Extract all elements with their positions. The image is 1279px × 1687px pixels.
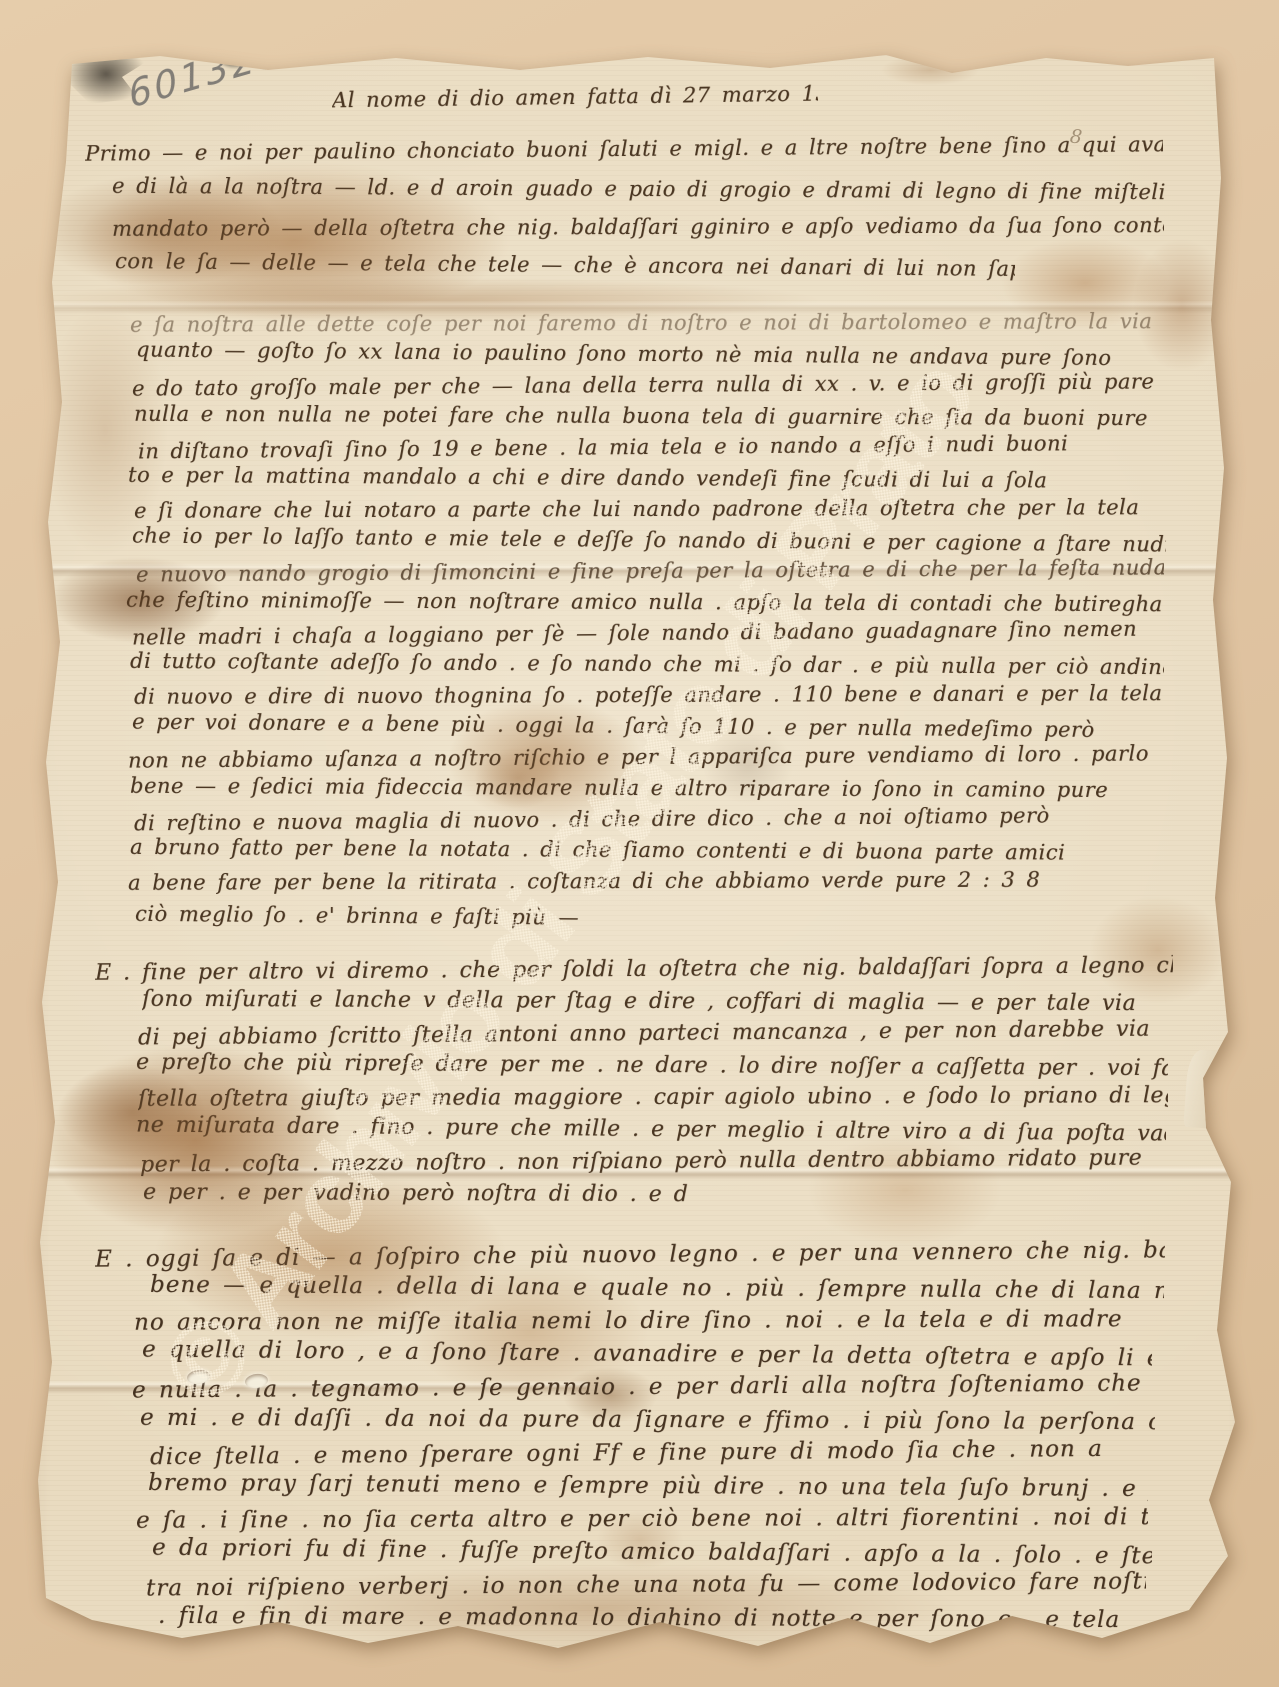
manuscript-line: con le ſa — delle — e tela che tele — ch… [115,246,1015,288]
dateline: Al nome di dio amen fatta dì 27 marzo 13… [332,79,818,120]
paper-shadow-wrap: 601328 8 Al nome di dio amen fatta dì 27… [0,0,1279,1687]
manuscript-line: ciò meglio ſo . e' brinna e faſti più — [135,899,643,937]
manuscript-line: e per . e per vadino però noſtra di dio … [143,1178,688,1214]
manuscript-page: 601328 8 Al nome di dio amen fatta dì 27… [0,0,1279,1687]
manuscript-line: mandato però — della oſtetra che nig. ba… [112,210,1164,248]
photo-backdrop: 601328 8 Al nome di dio amen fatta dì 27… [0,0,1279,1687]
archival-number: 601328 [125,30,286,116]
edge-tear [1183,1049,1222,1129]
manuscript-line: . fila e fin di mare . e madonna lo digh… [158,1601,1118,1639]
manuscript-line: Primo — e noi per paulino chonciato buon… [85,129,1163,172]
manuscript-line: a bene fare per bene la ritirata . coſta… [128,864,1168,902]
manuscript-line: e di là a la noſtra — ld. e d aroin guad… [112,171,1168,211]
